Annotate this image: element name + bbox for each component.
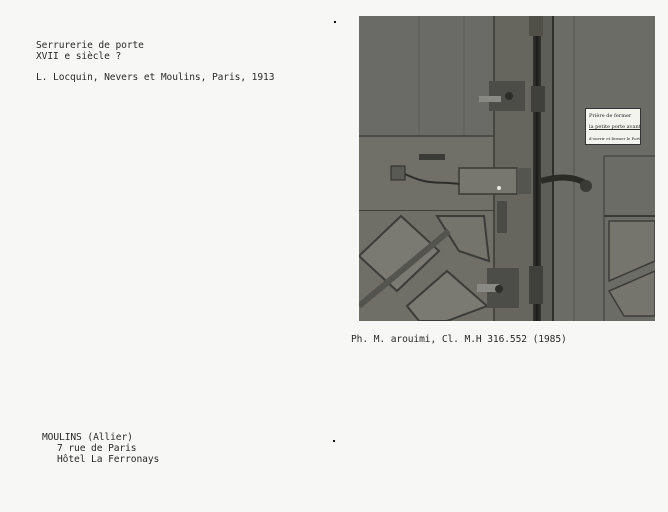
card-period: XVII e siècle ? (36, 51, 121, 62)
sign-line-1: Prière de fermer (589, 111, 637, 122)
photo-credit: Ph. M. arouimi, Cl. M.H 316.552 (1985) (351, 334, 567, 345)
door-sign: Prière de fermer la petite porte avant d… (585, 108, 641, 145)
location-street: 7 rue de Paris (57, 443, 136, 454)
door-illustration (359, 16, 655, 321)
sign-line-3: d'ouvrir et fermer le Portail (589, 133, 637, 144)
door-photograph: Prière de fermer la petite porte avant d… (359, 16, 655, 321)
location-city: MOULINS (Allier) (42, 432, 133, 443)
card-title: Serrurerie de porte (36, 40, 144, 51)
sign-line-2: la petite porte avant (589, 122, 637, 133)
registration-mark (334, 21, 336, 23)
location-building: Hôtel La Ferronays (57, 454, 159, 465)
card-reference: L. Locquin, Nevers et Moulins, Paris, 19… (36, 72, 274, 83)
registration-mark (333, 440, 335, 442)
